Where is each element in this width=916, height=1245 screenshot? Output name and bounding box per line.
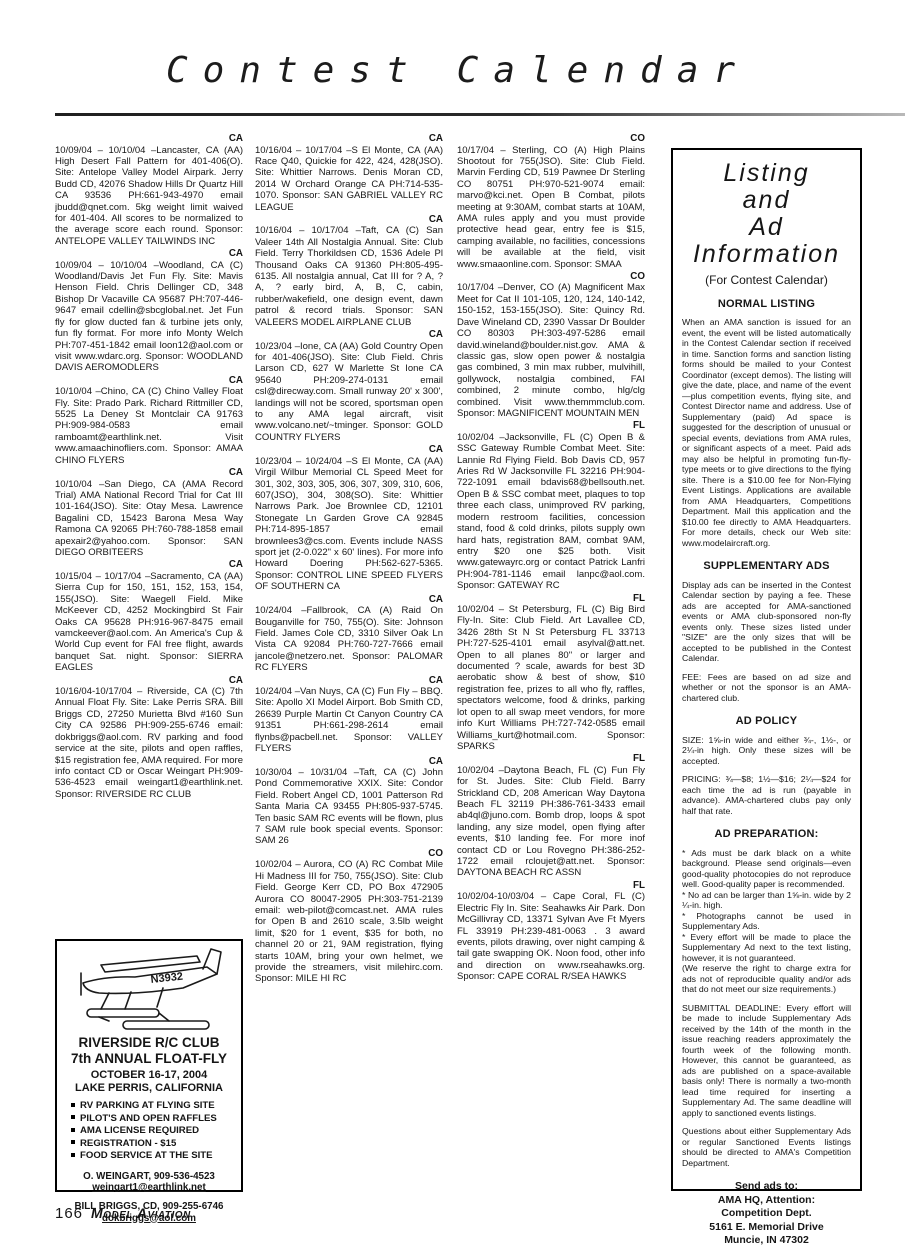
entry-text: 10/15/04 – 10/17/04 –Sacramento, CA (AA)… [55,571,243,674]
contest-entry: CA10/24/04 –Fallbrook, CA (A) Raid On Bo… [255,594,443,674]
contest-entry: CA10/10/04 –Chino, CA (C) Chino Valley F… [55,375,243,466]
ad-bullet-text: FOOD SERVICE AT THE SITE [80,1150,213,1161]
state-header: CA [55,133,243,145]
state-header: CO [457,271,645,283]
magazine-name: Model Aviation [91,1205,191,1221]
ad-title-line-2: 7th ANNUAL FLOAT-FLY [57,1051,241,1067]
entry-text: 10/02/04 – St Petersburg, FL (C) Big Bir… [457,604,645,752]
state-header: CA [55,675,243,687]
send-ads-line: Competition Dept. [682,1207,851,1221]
state-header: CO [255,848,443,860]
contest-entry: CA10/23/04 –Ione, CA (AA) Gold Country O… [255,329,443,443]
square-bullet-icon [71,1140,75,1144]
page-footer: 166Model Aviation [55,1205,191,1222]
entry-text: 10/23/04 –Ione, CA (AA) Gold Country Ope… [255,341,443,444]
header-rule [55,113,905,116]
entry-text: 10/16/04 – 10/17/04 –S El Monte, CA (AA)… [255,145,443,213]
floatplane-illustration: N3932 [65,943,233,1035]
state-header: CA [55,248,243,260]
panel-subtitle: (For Contest Calendar) [682,275,851,286]
state-header: CA [255,329,443,341]
contest-entry: CA10/09/04 – 10/10/04 –Woodland, CA (C) … [55,248,243,374]
normal-listing-body: When an AMA sanction is issued for an ev… [682,317,851,548]
entry-text: 10/02/04-10/03/04 – Cape Coral, FL (C) E… [457,891,645,982]
entry-text: 10/02/04 –Jacksonville, FL (C) Open B & … [457,432,645,592]
contest-entry: CA10/16/04 – 10/17/04 –Taft, CA (C) San … [255,214,443,328]
square-bullet-icon [71,1153,75,1157]
riverside-floatfly-ad: N3932 RIVERSIDE R/C CLUB 7th ANNUAL FLOA… [55,939,243,1192]
state-header: FL [457,880,645,892]
entry-text: 10/17/04 – Sterling, CO (A) High Plains … [457,145,645,270]
send-ads-line: Muncie, IN 47302 [682,1234,851,1245]
plane-registration: N3932 [150,971,183,986]
state-header: CA [255,756,443,768]
ad-date: OCTOBER 16-17, 2004 [57,1069,241,1082]
ad-location: LAKE PERRIS, CALIFORNIA [57,1082,241,1095]
square-bullet-icon [71,1103,75,1107]
entry-text: 10/16/04 – 10/17/04 –Taft, CA (C) San Va… [255,225,443,328]
ad-contact-weingart: O. WEINGART, 909-536-4523 [57,1171,241,1183]
ad-prep-note: (We reserve the right to charge extra fo… [682,963,851,995]
contest-entry: FL10/02/04-10/03/04 – Cape Coral, FL (C)… [457,880,645,983]
contest-entry: CA10/09/04 – 10/10/04 –Lancaster, CA (AA… [55,133,243,247]
page-title-word-1: Contest [166,50,423,91]
entry-text: 10/24/04 –Van Nuys, CA (C) Fun Fly – BBQ… [255,686,443,754]
contest-entry: CA10/16/04-10/17/04 – Riverside, CA (C) … [55,675,243,801]
listing-column-2: CA10/16/04 – 10/17/04 –S El Monte, CA (A… [255,133,443,1208]
ad-prep-item: * Every effort will be made to place the… [682,932,851,964]
panel-title-line-2: and [682,187,851,214]
ad-bullet-list: RV PARKING AT FLYING SITE PILOT'S AND OP… [71,1100,241,1163]
ad-bullet-text: REGISTRATION - $15 [80,1138,176,1149]
submittal-deadline: SUBMITTAL DEADLINE: Every effort will be… [682,1003,851,1119]
ad-prep-item: * Ads must be dark black on a white back… [682,848,851,890]
contest-entry: FL10/02/04 –Daytona Beach, FL (C) Fun Fl… [457,753,645,879]
state-header: CA [255,675,443,687]
square-bullet-icon [71,1115,75,1119]
panel-title-line-3: Ad Information [682,214,851,268]
page-title: ContestCalendar [0,50,916,91]
ad-prep-item: * Photographs cannot be used in Suppleme… [682,911,851,932]
ad-policy-pricing: PRICING: ¾—$8; 1½—$16; 2¼—$24 for each t… [682,774,851,816]
listing-column-1: CA10/09/04 – 10/10/04 –Lancaster, CA (AA… [55,133,243,933]
entry-text: 10/10/04 –San Diego, CA (AMA Record Tria… [55,479,243,559]
ad-bullet-text: PILOT'S AND OPEN RAFFLES [80,1113,217,1124]
contest-entry: CA10/30/04 – 10/31/04 –Taft, CA (C) John… [255,756,443,847]
entry-text: 10/02/04 – Aurora, CO (A) RC Combat Mile… [255,859,443,984]
state-header: CO [457,133,645,145]
entry-text: 10/23/04 – 10/24/04 –S El Monte, CA (AA)… [255,456,443,593]
state-header: CA [55,467,243,479]
entry-text: 10/16/04-10/17/04 – Riverside, CA (C) 7t… [55,686,243,800]
listing-ad-info-panel: Listing and Ad Information (For Contest … [671,148,862,1191]
ad-bullet-item: FOOD SERVICE AT THE SITE [71,1150,241,1163]
supplementary-ads-heading: SUPPLEMENTARY ADS [682,561,851,572]
contest-entry: FL10/02/04 –Jacksonville, FL (C) Open B … [457,420,645,591]
square-bullet-icon [71,1128,75,1132]
normal-listing-heading: NORMAL LISTING [682,299,851,310]
state-header: CA [55,559,243,571]
ad-bullet-item: PILOT'S AND OPEN RAFFLES [71,1113,241,1126]
state-header: CA [55,375,243,387]
contest-entry: CA10/10/04 –San Diego, CA (AMA Record Tr… [55,467,243,558]
entry-text: 10/24/04 –Fallbrook, CA (A) Raid On Boug… [255,605,443,673]
state-header: FL [457,593,645,605]
ad-prep-item: * No ad can be larger than 1⅝-in. wide b… [682,890,851,911]
ad-bullet-item: AMA LICENSE REQUIRED [71,1125,241,1138]
entry-text: 10/02/04 –Daytona Beach, FL (C) Fun Fly … [457,765,645,879]
page-number: 166 [55,1205,83,1222]
entry-text: 10/09/04 – 10/10/04 –Woodland, CA (C) Wo… [55,260,243,374]
ad-bullet-item: REGISTRATION - $15 [71,1138,241,1151]
contest-entry: CA10/15/04 – 10/17/04 –Sacramento, CA (A… [55,559,243,673]
entry-text: 10/09/04 – 10/10/04 –Lancaster, CA (AA) … [55,145,243,248]
entry-text: 10/10/04 –Chino, CA (C) Chino Valley Flo… [55,386,243,466]
supplementary-ads-body: Display ads can be inserted in the Conte… [682,580,851,664]
page-title-word-2: Calendar [457,50,750,91]
ad-bullet-item: RV PARKING AT FLYING SITE [71,1100,241,1113]
state-header: CA [255,214,443,226]
contest-entry: CA10/16/04 – 10/17/04 –S El Monte, CA (A… [255,133,443,213]
ad-policy-heading: AD POLICY [682,716,851,727]
panel-title: Listing and Ad Information [682,160,851,268]
contest-entry: CA10/24/04 –Van Nuys, CA (C) Fun Fly – B… [255,675,443,755]
state-header: CA [255,444,443,456]
send-ads-heading: Send ads to: [682,1180,851,1194]
state-header: CA [255,133,443,145]
contest-entry: CO10/17/04 – Sterling, CO (A) High Plain… [457,133,645,270]
ad-bullet-text: AMA LICENSE REQUIRED [80,1125,199,1136]
contest-entry: CO10/17/04 –Denver, CO (A) Magnificent M… [457,271,645,419]
contest-entry: FL10/02/04 – St Petersburg, FL (C) Big B… [457,593,645,753]
ad-title-line-1: RIVERSIDE R/C CLUB [57,1035,241,1051]
send-ads-line: 5161 E. Memorial Drive [682,1221,851,1235]
listing-column-3: CO10/17/04 – Sterling, CO (A) High Plain… [457,133,645,1208]
send-ads-line: AMA HQ, Attention: [682,1194,851,1208]
ad-preparation-heading: AD PREPARATION: [682,829,851,840]
entry-text: 10/17/04 –Denver, CO (A) Magnificent Max… [457,282,645,419]
state-header: FL [457,420,645,432]
panel-title-line-1: Listing [682,160,851,187]
fee-note: FEE: Fees are based on ad size and wheth… [682,672,851,704]
questions-note: Questions about either Supplementary Ads… [682,1126,851,1168]
contest-entry: CO10/02/04 – Aurora, CO (A) RC Combat Mi… [255,848,443,985]
contest-entry: CA10/23/04 – 10/24/04 –S El Monte, CA (A… [255,444,443,592]
ad-policy-size: SIZE: 1⅝-in wide and either ¾-, 1½-, or … [682,735,851,767]
ad-bullet-text: RV PARKING AT FLYING SITE [80,1100,215,1111]
state-header: CA [255,594,443,606]
entry-text: 10/30/04 – 10/31/04 –Taft, CA (C) John P… [255,767,443,847]
state-header: FL [457,753,645,765]
ad-contact-weingart-email: weingart1@earthlink.net [57,1182,241,1193]
send-ads-block: Send ads to: AMA HQ, Attention: Competit… [682,1180,851,1245]
